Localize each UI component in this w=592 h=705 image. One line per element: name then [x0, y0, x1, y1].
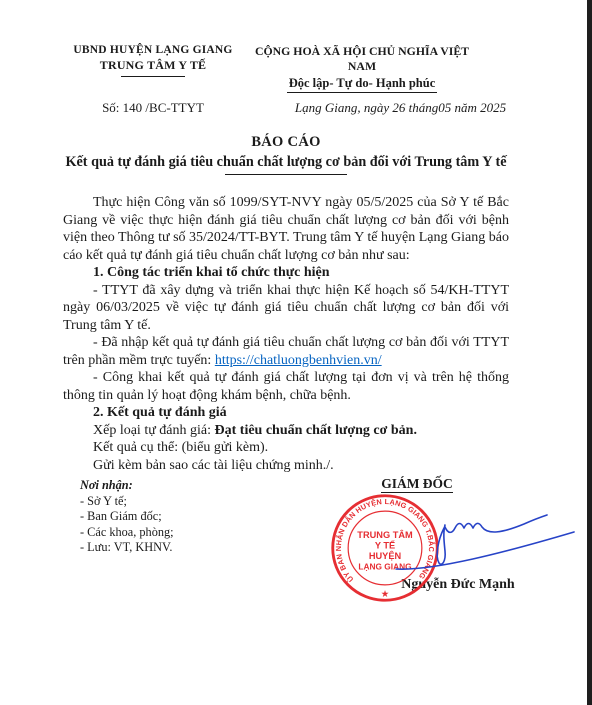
section2-heading: 2. Kết quả tự đánh giá: [63, 404, 509, 422]
document-body: Thực hiện Công văn số 1099/SYT-NVY ngày …: [63, 194, 509, 474]
document-page: UBND HUYỆN LẠNG GIANG TRUNG TÂM Y TẾ CỘN…: [0, 0, 592, 705]
rating-line: Xếp loại tự đánh giá: Đạt tiêu chuẩn chấ…: [63, 422, 509, 440]
parent-agency-name: UBND HUYỆN LẠNG GIANG: [68, 44, 238, 56]
quality-portal-link[interactable]: https://chatluongbenhvien.vn/: [215, 353, 382, 368]
place-and-date: Lạng Giang, ngày 26 tháng05 năm 2025: [278, 100, 523, 116]
attachment-line: Gửi kèm bản sao các tài liệu chứng minh.…: [63, 457, 509, 475]
result-detail-line: Kết quả cụ thể: (biểu gửi kèm).: [63, 439, 509, 457]
rating-result: Đạt tiêu chuẩn chất lượng cơ bản.: [215, 423, 417, 438]
signature-loop-stroke: [437, 525, 445, 564]
signature-flourish-stroke: [445, 515, 547, 532]
rating-label: Xếp loại tự đánh giá:: [93, 423, 215, 438]
handwritten-signature: [388, 511, 578, 575]
national-header-block: CỘNG HOÀ XÃ HỘI CHỦ NGHĨA VIỆT NAM Độc l…: [242, 44, 482, 93]
document-type-title: BÁO CÁO: [60, 134, 512, 151]
document-title-block: BÁO CÁO Kết quả tự đánh giá tiêu chuẩn c…: [60, 134, 512, 175]
recipient-item: - Ban Giám đốc;: [80, 509, 270, 524]
recipients-heading: Nơi nhận:: [80, 478, 270, 493]
document-subject-title: Kết quả tự đánh giá tiêu chuẩn chất lượn…: [60, 154, 512, 171]
national-motto-line1: CỘNG HOÀ XÃ HỘI CHỦ NGHĨA VIỆT NAM: [242, 44, 482, 74]
document-number: Số: 140 /BC-TTYT: [68, 100, 238, 116]
scan-edge-bar: [587, 0, 592, 705]
section1-item2: - Đã nhập kết quả tự đánh giá tiêu chuẩn…: [63, 334, 509, 369]
section1-item3: - Công khai kết quả tự đánh giá chất lượ…: [63, 369, 509, 404]
signature-sweep-stroke: [396, 532, 574, 569]
recipient-item: - Sở Y tế;: [80, 494, 270, 509]
intro-paragraph: Thực hiện Công văn số 1099/SYT-NVY ngày …: [63, 194, 509, 264]
recipient-item: - Lưu: VT, KHNV.: [80, 540, 270, 555]
issuing-agency-block: UBND HUYỆN LẠNG GIANG TRUNG TÂM Y TẾ: [68, 44, 238, 77]
recipients-block: Nơi nhận: - Sở Y tế; - Ban Giám đốc; - C…: [80, 478, 270, 555]
section1-heading: 1. Công tác triển khai tổ chức thực hiện: [63, 264, 509, 282]
agency-name: TRUNG TÂM Y TẾ: [68, 58, 238, 73]
national-motto-line2: Độc lập- Tự do- Hạnh phúc: [287, 76, 438, 93]
section1-item1: - TTYT đã xây dựng và triển khai thực hi…: [63, 282, 509, 335]
recipient-item: - Các khoa, phòng;: [80, 525, 270, 540]
agency-underline: [121, 76, 185, 77]
title-underline: [225, 174, 347, 175]
signer-title: GIÁM ĐỐC: [352, 476, 482, 492]
stamp-star-icon: ★: [381, 590, 389, 600]
